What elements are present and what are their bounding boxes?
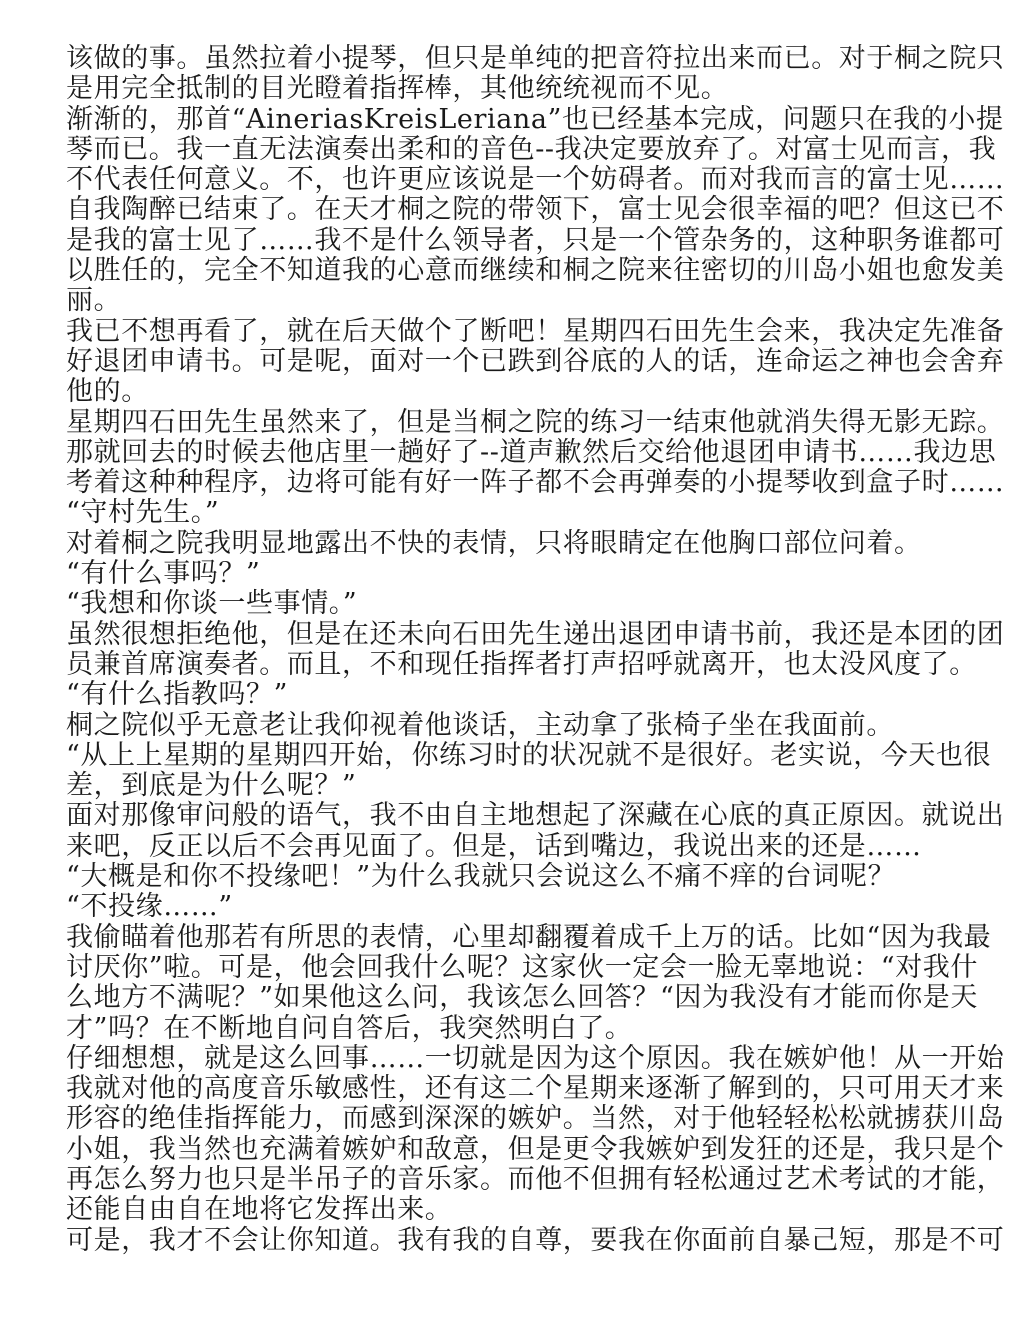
document-page: 该做的事。虽然拉着小提琴，但只是单纯的把音符拉出来而已。对于桐之院只 是用完全抵…: [66, 44, 966, 1256]
text-line: “守村先生。”: [66, 498, 966, 528]
text-line: 再怎么努力也只是半吊子的音乐家。而他不但拥有轻松通过艺术考试的才能，: [66, 1165, 966, 1195]
text-line: 讨厌你”啦。可是，他会回我什么呢？这家伙一定会一脸无辜地说：“对我什: [66, 953, 966, 983]
text-line: 我已不想再看了，就在后天做个了断吧！星期四石田先生会来，我决定先准备: [66, 317, 966, 347]
text-line: 我偷瞄着他那若有所思的表情，心里却翻覆着成千上万的话。比如“因为我最: [66, 923, 966, 953]
text-line: 丽。: [66, 286, 966, 316]
text-line: 那就回去的时候去他店里一趟好了--道声歉然后交给他退团申请书……我边思: [66, 438, 966, 468]
text-line: “有什么事吗？”: [66, 559, 966, 589]
text-line: 桐之院似乎无意老让我仰视着他谈话，主动拿了张椅子坐在我面前。: [66, 711, 966, 741]
text-line: 可是，我才不会让你知道。我有我的自尊，要我在你面前自暴己短，那是不可: [66, 1226, 966, 1256]
text-line: 来吧，反正以后不会再见面了。但是，话到嘴边，我说出来的还是……: [66, 832, 966, 862]
text-line: “大概是和你不投缘吧！”为什么我就只会说这么不痛不痒的台词呢？: [66, 862, 966, 892]
text-line: 形容的绝佳指挥能力，而感到深深的嫉妒。当然，对于他轻轻松松就掳获川岛: [66, 1104, 966, 1134]
text-line: 对着桐之院我明显地露出不快的表情，只将眼睛定在他胸口部位问着。: [66, 529, 966, 559]
text-line: 以胜任的，完全不知道我的心意而继续和桐之院来往密切的川岛小姐也愈发美: [66, 256, 966, 286]
text-line: 考着这种种程序，边将可能有好一阵子都不会再弹奏的小提琴收到盒子时……: [66, 468, 966, 498]
text-line: 还能自由自在地将它发挥出来。: [66, 1195, 966, 1225]
text-line: 员兼首席演奏者。而且，不和现任指挥者打声招呼就离开，也太没风度了。: [66, 650, 966, 680]
text-line: 虽然很想拒绝他，但是在还未向石田先生递出退团申请书前，我还是本团的团: [66, 620, 966, 650]
text-line: 自我陶醉已结束了。在天才桐之院的带领下，富士见会很幸福的吧？但这已不: [66, 195, 966, 225]
text-line: 才”吗？在不断地自问自答后，我突然明白了。: [66, 1014, 966, 1044]
text-line: 该做的事。虽然拉着小提琴，但只是单纯的把音符拉出来而已。对于桐之院只: [66, 44, 966, 74]
text-line: 渐渐的，那首“AineriasKreisLeriana”也已经基本完成，问题只在…: [66, 105, 966, 135]
text-line: 他的。: [66, 377, 966, 407]
text-line: 好退团申请书。可是呢，面对一个已跌到谷底的人的话，连命运之神也会舍弃: [66, 347, 966, 377]
text-line: 面对那像审问般的语气，我不由自主地想起了深藏在心底的真正原因。就说出: [66, 801, 966, 831]
text-line: “我想和你谈一些事情。”: [66, 589, 966, 619]
text-line: 我就对他的高度音乐敏感性，还有这二个星期来逐渐了解到的，只可用天才来: [66, 1074, 966, 1104]
text-line: 是我的富士见了……我不是什么领导者，只是一个管杂务的，这种职务谁都可: [66, 226, 966, 256]
text-line: “从上上星期的星期四开始，你练习时的状况就不是很好。老实说，今天也很: [66, 741, 966, 771]
text-line: 小姐，我当然也充满着嫉妒和敌意，但是更令我嫉妒到发狂的还是，我只是个: [66, 1135, 966, 1165]
text-line: 星期四石田先生虽然来了，但是当桐之院的练习一结束他就消失得无影无踪。: [66, 408, 966, 438]
text-line: 仔细想想，就是这么回事……一切就是因为这个原因。我在嫉妒他！从一开始: [66, 1044, 966, 1074]
text-line: 是用完全抵制的目光瞪着指挥棒，其他统统视而不见。: [66, 74, 966, 104]
text-line: 琴而已。我一直无法演奏出柔和的音色--我决定要放弃了。对富士见而言，我: [66, 135, 966, 165]
text-line: 么地方不满呢？”如果他这么问，我该怎么回答？“因为我没有才能而你是天: [66, 983, 966, 1013]
text-line: 不代表任何意义。不，也许更应该说是一个妨碍者。而对我而言的富士见……: [66, 165, 966, 195]
text-line: “不投缘……”: [66, 892, 966, 922]
text-line: “有什么指教吗？”: [66, 680, 966, 710]
text-line: 差，到底是为什么呢？”: [66, 771, 966, 801]
